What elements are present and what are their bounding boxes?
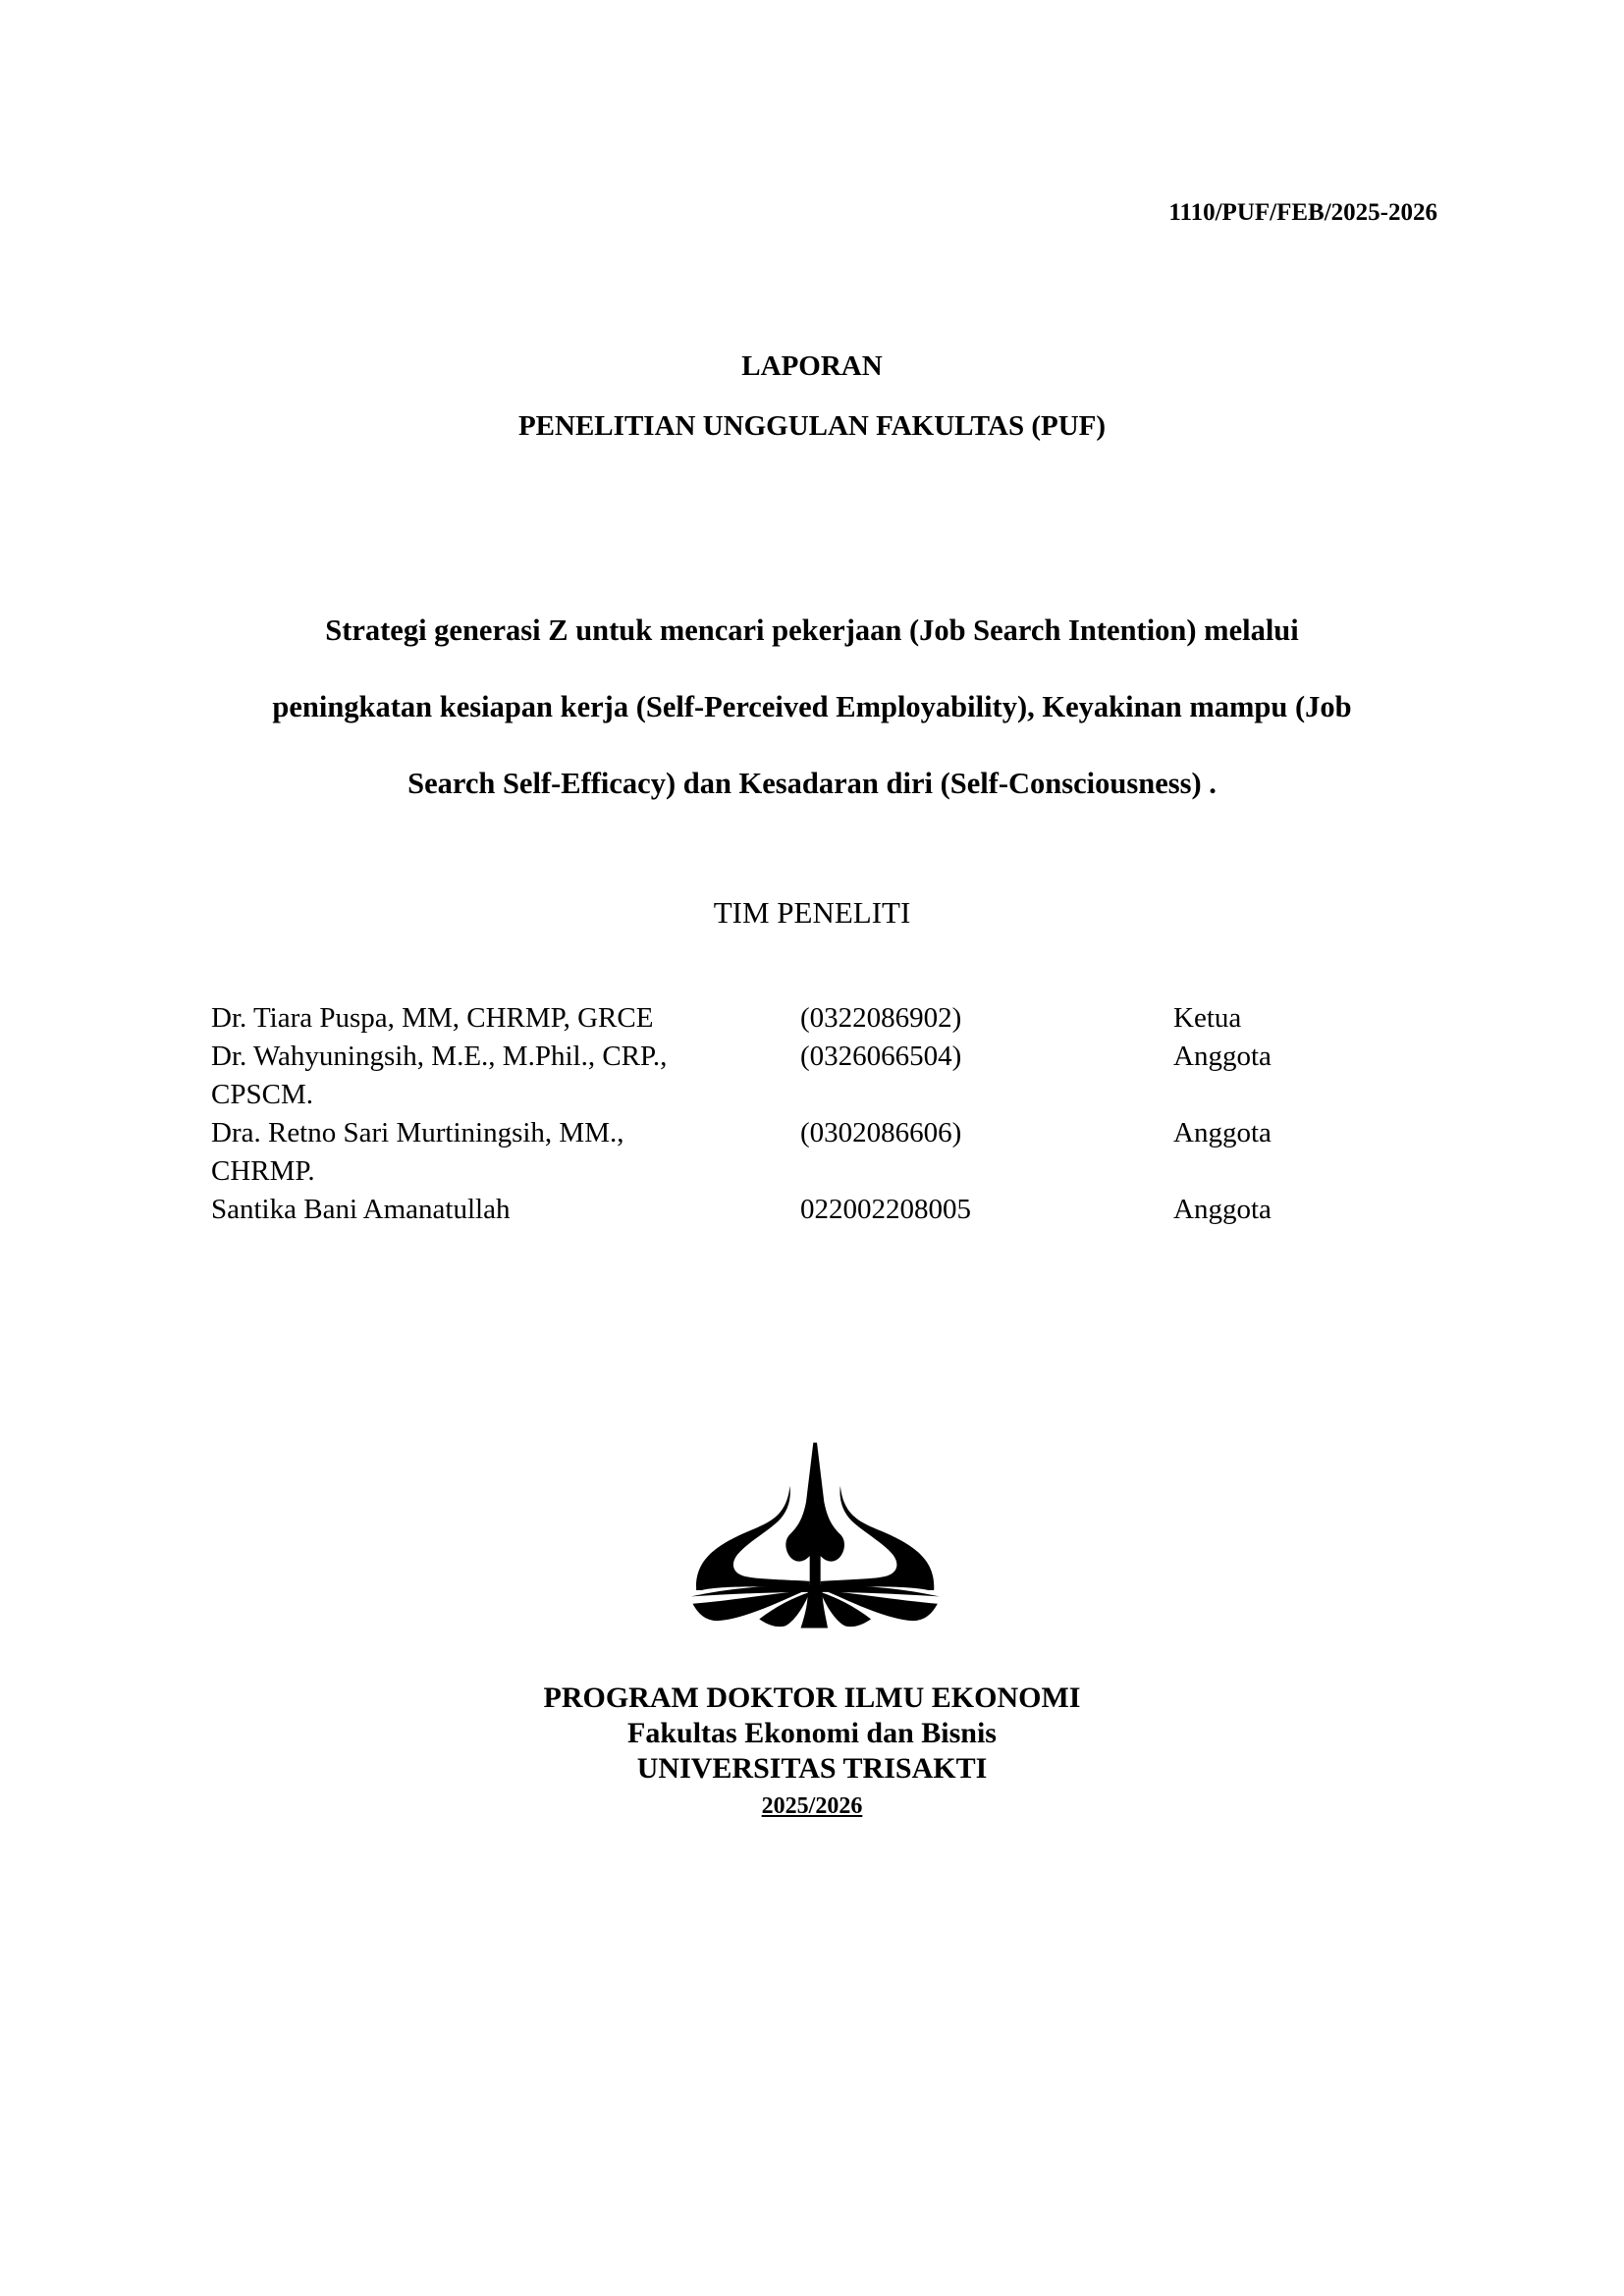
member-id: 022002208005 bbox=[800, 1191, 1173, 1229]
member-role: Anggota bbox=[1173, 1191, 1340, 1229]
member-name: Dr. Tiara Puspa, MM, CHRMP, GRCE bbox=[211, 999, 800, 1038]
footer: PROGRAM DOKTOR ILMU EKONOMI Fakultas Eko… bbox=[0, 1681, 1624, 1822]
university-name: UNIVERSITAS TRISAKTI bbox=[0, 1751, 1624, 1787]
team-member-row: Dr. Tiara Puspa, MM, CHRMP, GRCE (032208… bbox=[211, 999, 1340, 1038]
team-member-row: Santika Bani Amanatullah 022002208005 An… bbox=[211, 1191, 1340, 1229]
report-type: PENELITIAN UNGGULAN FAKULTAS (PUF) bbox=[0, 409, 1624, 443]
research-title-line: Strategi generasi Z untuk mencari pekerj… bbox=[206, 612, 1418, 650]
program-name: PROGRAM DOKTOR ILMU EKONOMI bbox=[0, 1681, 1624, 1716]
research-title-line: peningkatan kesiapan kerja (Self-Perceiv… bbox=[206, 688, 1418, 726]
member-name: Dr. Wahyuningsih, M.E., M.Phil., CRP., C… bbox=[211, 1038, 800, 1114]
member-name: Dra. Retno Sari Murtiningsih, MM., CHRMP… bbox=[211, 1114, 800, 1191]
team-member-row: Dra. Retno Sari Murtiningsih, MM., CHRMP… bbox=[211, 1114, 1340, 1191]
member-id: (0322086902) bbox=[800, 999, 1173, 1038]
member-role: Anggota bbox=[1173, 1038, 1340, 1076]
academic-year: 2025/2026 bbox=[762, 1791, 863, 1821]
universitas-trisakti-emblem-icon bbox=[679, 1439, 954, 1655]
team-table: Dr. Tiara Puspa, MM, CHRMP, GRCE (032208… bbox=[211, 999, 1340, 1229]
member-id: (0326066504) bbox=[800, 1038, 1173, 1076]
team-heading: TIM PENELITI bbox=[0, 895, 1624, 931]
research-title-line: Search Self-Efficacy) dan Kesadaran diri… bbox=[206, 765, 1418, 803]
document-number: 1110/PUF/FEB/2025-2026 bbox=[1168, 198, 1437, 228]
member-role: Anggota bbox=[1173, 1114, 1340, 1152]
faculty-name: Fakultas Ekonomi dan Bisnis bbox=[0, 1716, 1624, 1751]
member-id: (0302086606) bbox=[800, 1114, 1173, 1152]
research-title: Strategi generasi Z untuk mencari pekerj… bbox=[206, 573, 1418, 841]
member-role: Ketua bbox=[1173, 999, 1340, 1038]
report-label: LAPORAN bbox=[0, 349, 1624, 383]
team-member-row: Dr. Wahyuningsih, M.E., M.Phil., CRP., C… bbox=[211, 1038, 1340, 1114]
member-name: Santika Bani Amanatullah bbox=[211, 1191, 800, 1229]
